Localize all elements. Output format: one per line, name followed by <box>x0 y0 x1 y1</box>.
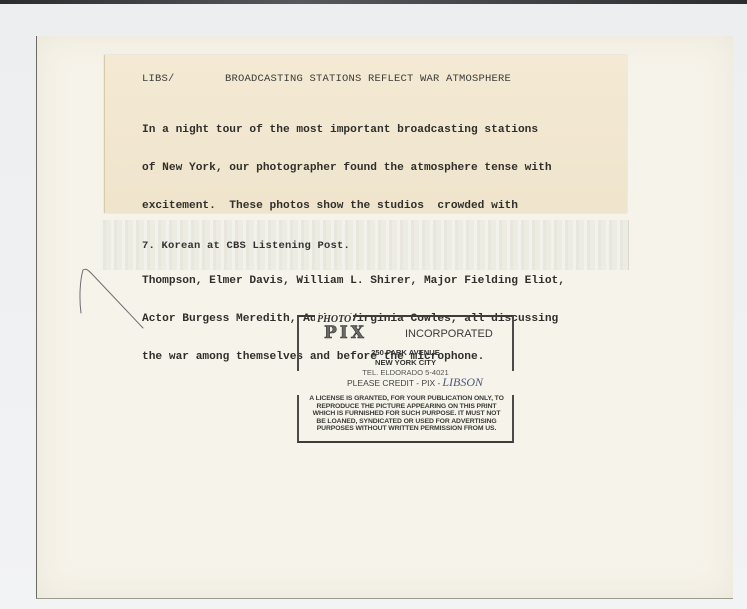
stamp-address-line2: NEW YORK CITY <box>299 358 512 368</box>
pen-mark-icon <box>78 268 148 333</box>
tape-caption: 7. Korean at CBS Listening Post. <box>142 240 350 252</box>
handwritten-credit: LIBSON <box>442 375 483 389</box>
caption-sheet: LIBS/ BROADCASTING STATIONS REFLECT WAR … <box>104 55 627 213</box>
caption-line: excitement. These photos show the studio… <box>142 200 632 213</box>
caption-line: In a night tour of the most important br… <box>142 124 632 137</box>
stamp-credit: PLEASE CREDIT - PIX -LIBSON <box>347 375 483 390</box>
license-text: A LICENSE IS GRANTED, FOR YOUR PUBLICATI… <box>309 395 504 433</box>
caption-line: of New York, our photographer found the … <box>142 162 632 175</box>
pix-stamp: PHOTO PIX INCORPORATED 250 PARK AVENUE N… <box>297 315 514 371</box>
caption-slug: LIBS/ <box>142 73 175 85</box>
stamp-brand-logo: PIX <box>324 323 367 343</box>
caption-title: BROADCASTING STATIONS REFLECT WAR ATMOSP… <box>225 73 511 85</box>
stamp-address: 250 PARK AVENUE NEW YORK CITY TEL. ELDOR… <box>299 348 512 378</box>
stamp-company: INCORPORATED <box>405 328 493 340</box>
license-stamp: A LICENSE IS GRANTED, FOR YOUR PUBLICATI… <box>297 395 514 443</box>
stamp-credit-label: PLEASE CREDIT - PIX - <box>347 378 440 388</box>
tape-strip: 7. Korean at CBS Listening Post. <box>100 220 629 270</box>
stamp-address-line1: 250 PARK AVENUE <box>299 348 512 358</box>
caption-line: Thompson, Elmer Davis, William L. Shirer… <box>142 275 632 288</box>
